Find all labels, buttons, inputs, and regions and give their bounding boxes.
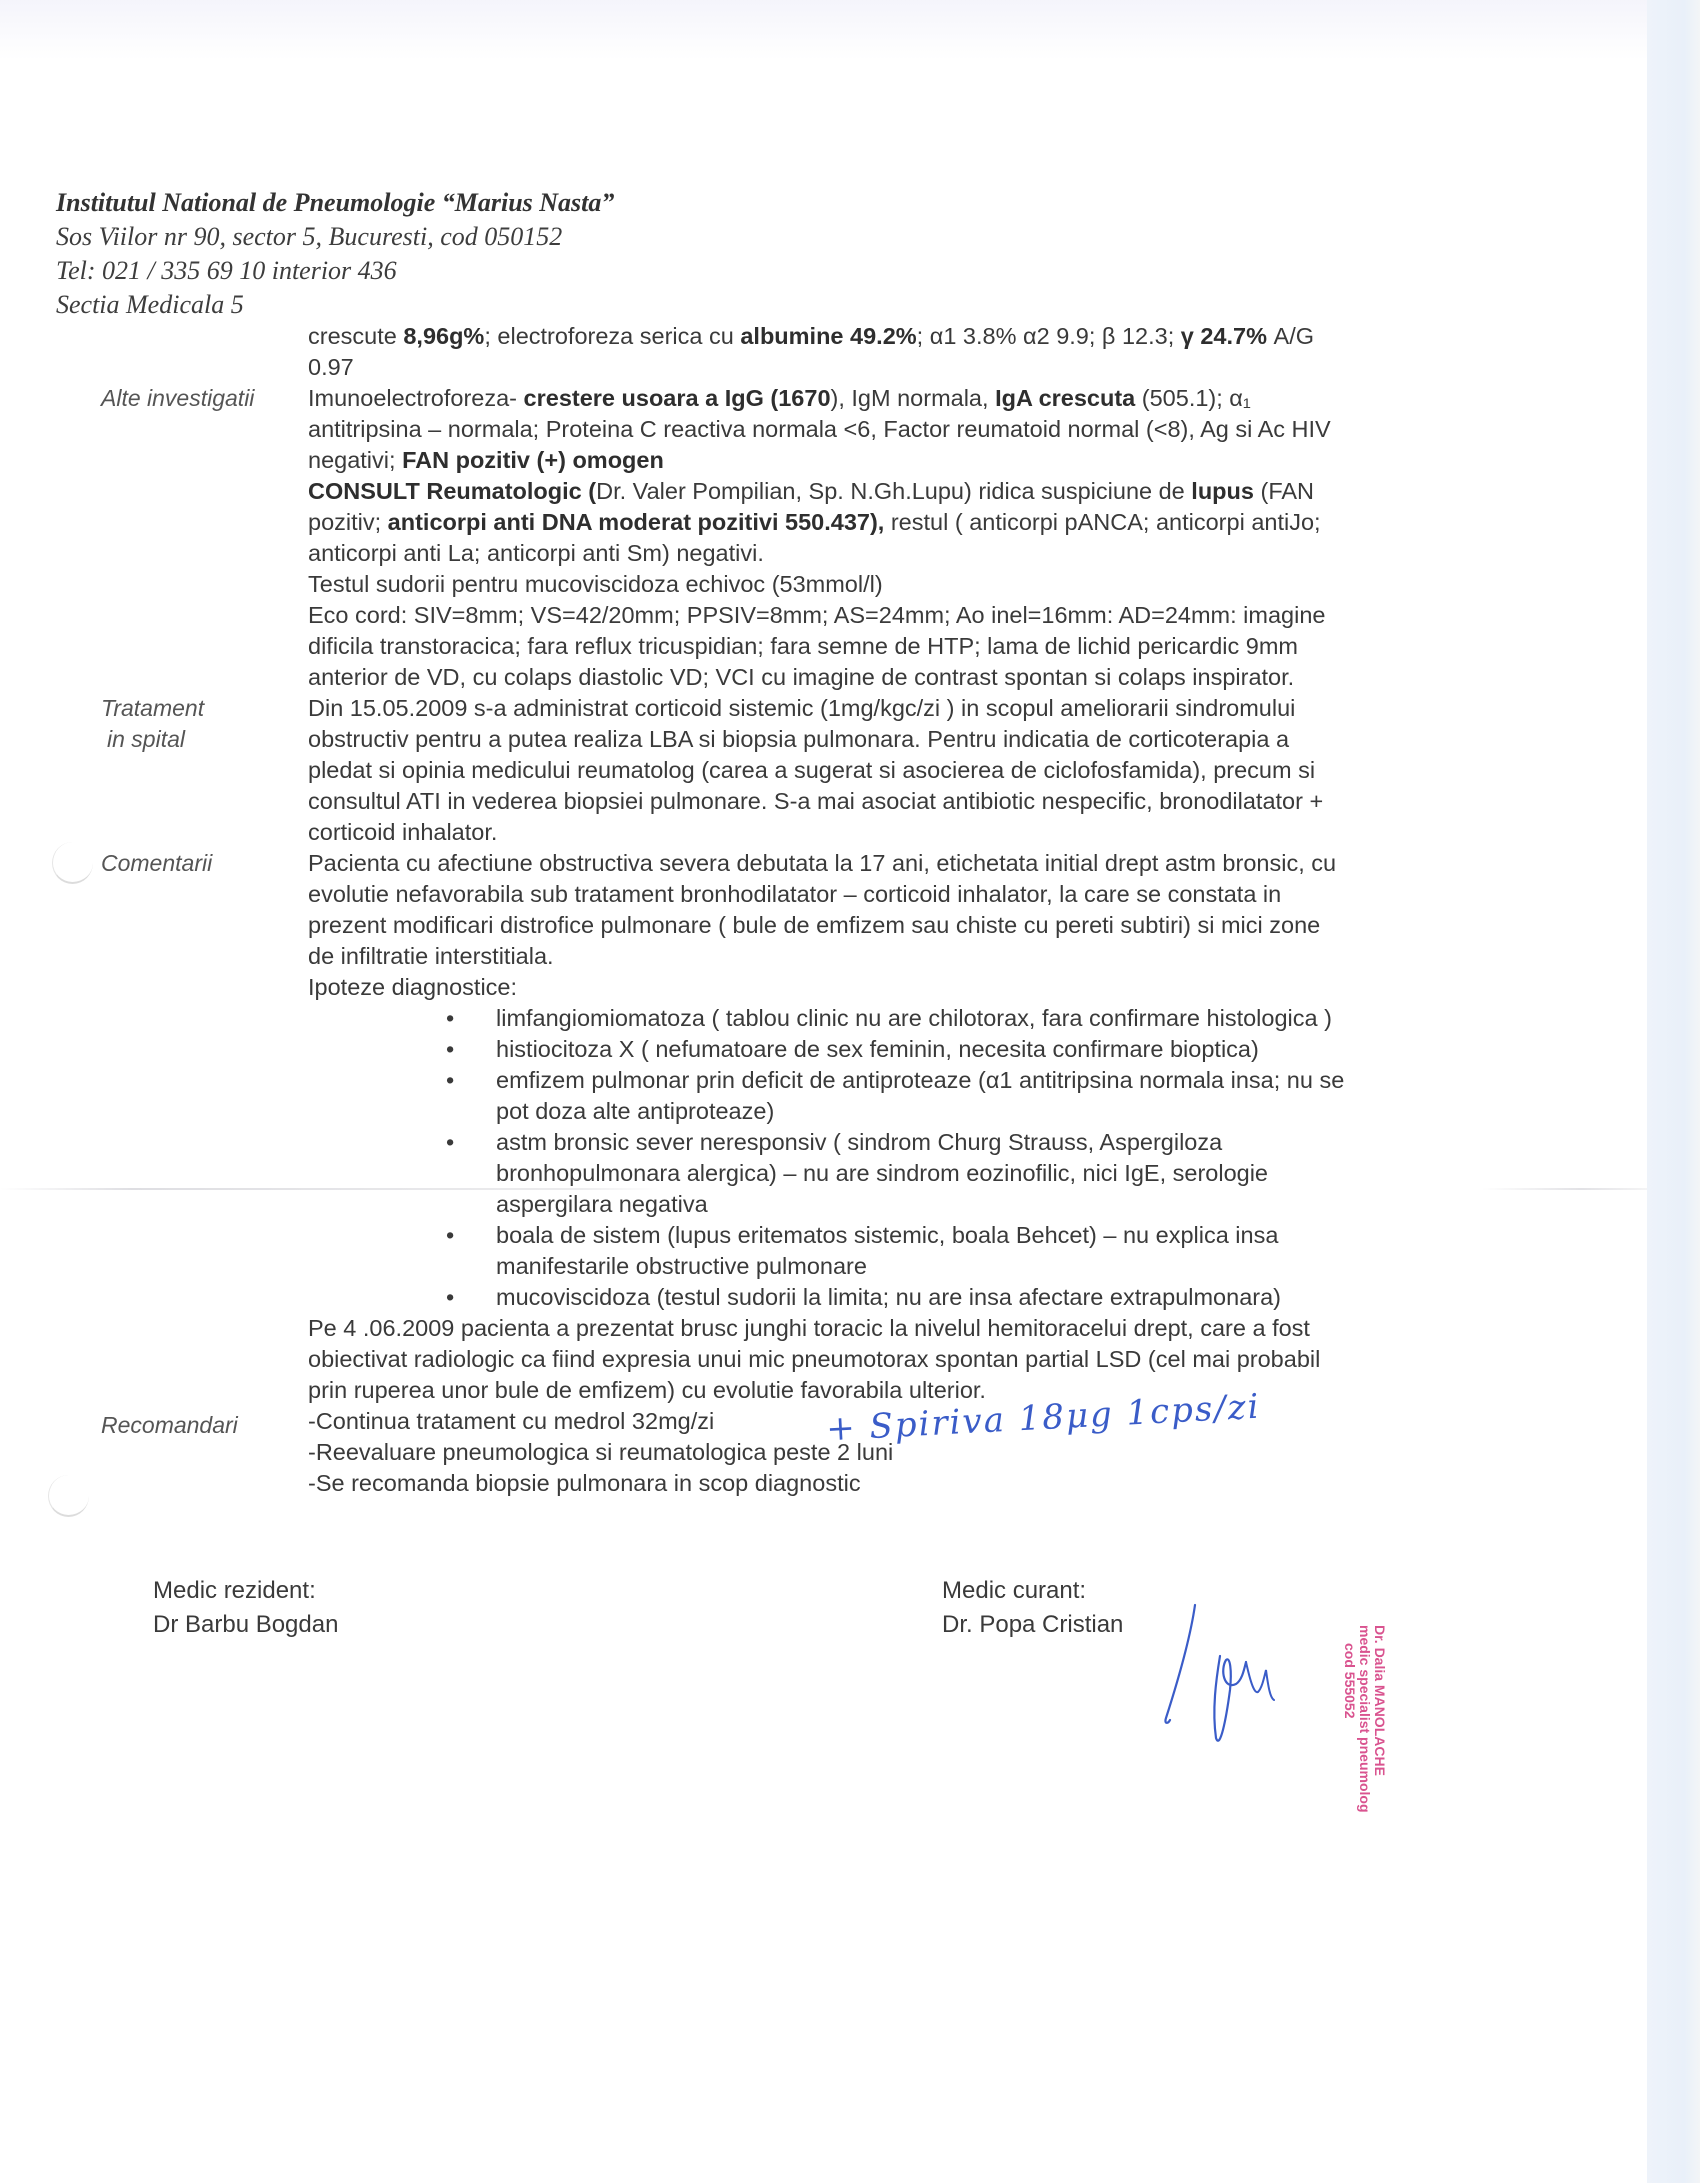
- text: pot doza alte antiproteaze): [496, 1096, 1508, 1127]
- scan-shadow-top: [0, 0, 1647, 60]
- doctor-stamp: Dr. Dalia MANOLACHE medic specialist pne…: [1342, 1625, 1387, 1813]
- lab-line: 0.97: [308, 352, 1508, 383]
- hypothesis-item: limfangiomiomatoza ( tablou clinic nu ar…: [308, 1003, 1508, 1034]
- stamp-specialty: medic specialist pneumolog: [1357, 1625, 1372, 1813]
- text: negativi;: [308, 447, 402, 473]
- institution-phone: Tel: 021 / 335 69 10 interior 436: [56, 254, 614, 288]
- label-recomandari: Recomandari: [101, 1410, 238, 1441]
- institution-header: Institutul National de Pneumologie “Mari…: [56, 186, 614, 322]
- text: pozitiv;: [308, 509, 388, 535]
- punch-hole-mark: [48, 1475, 89, 1517]
- hypotheses-title: Ipoteze diagnostice:: [308, 972, 1508, 1003]
- stamp-code: cod 555052: [1342, 1625, 1357, 1813]
- report-body: crescute 8,96g%; electroforeza serica cu…: [308, 321, 1508, 1499]
- text: (505.1); α₁: [1135, 385, 1251, 411]
- iga-finding: IgA crescuta: [995, 385, 1135, 411]
- hypothesis-item: boala de sistem (lupus eritematos sistem…: [308, 1220, 1508, 1282]
- text: ; electroforeza serica cu: [484, 323, 740, 349]
- text: A/G: [1267, 323, 1314, 349]
- section-tratament: Din 15.05.2009 s-a administrat corticoid…: [308, 693, 1508, 848]
- text: astm bronsic sever neresponsiv ( sindrom…: [496, 1127, 1508, 1158]
- text: restul ( anticorpi pANCA; anticorpi anti…: [884, 509, 1320, 535]
- investigation-line: negativi; FAN pozitiv (+) omogen: [308, 445, 1508, 476]
- institution-name: Institutul National de Pneumologie “Mari…: [56, 186, 614, 220]
- attending-title: Medic curant:: [942, 1574, 1123, 1608]
- comment-line: de infiltratie interstitiala.: [308, 941, 1508, 972]
- punch-hole-mark: [52, 842, 93, 884]
- comment-line: Pe 4 .06.2009 pacienta a prezentat brusc…: [308, 1313, 1508, 1344]
- stamp-name: Dr. Dalia MANOLACHE: [1372, 1625, 1387, 1813]
- fan-finding: FAN pozitiv (+) omogen: [402, 447, 664, 473]
- text: manifestarile obstructive pulmonare: [496, 1251, 1508, 1282]
- comment-line: Pacienta cu afectiune obstructiva severa…: [308, 848, 1508, 879]
- label-tratament-line2: in spital: [101, 724, 204, 755]
- text: Imunoelectroforeza-: [308, 385, 524, 411]
- treatment-line: consultul ATI in vederea biopsiei pulmon…: [308, 786, 1508, 817]
- treatment-line: Din 15.05.2009 s-a administrat corticoid…: [308, 693, 1508, 724]
- text: crescute: [308, 323, 403, 349]
- hypothesis-item: mucoviscidoza (testul sudorii la limita;…: [308, 1282, 1508, 1313]
- lupus-finding: lupus: [1191, 478, 1254, 504]
- lab-results-continuation: crescute 8,96g%; electroforeza serica cu…: [308, 321, 1508, 383]
- text: (FAN: [1254, 478, 1314, 504]
- investigation-line: Testul sudorii pentru mucoviscidoza echi…: [308, 569, 1508, 600]
- text: bronhopulmonara alergica) – nu are sindr…: [496, 1158, 1508, 1189]
- department-name: Sectia Medicala 5: [56, 288, 614, 322]
- handwritten-signature-icon: [1150, 1600, 1330, 1760]
- investigation-line: CONSULT Reumatologic (Dr. Valer Pompilia…: [308, 476, 1508, 507]
- section-alte-investigatii: Imunoelectroforeza- crestere usoara a Ig…: [308, 383, 1508, 693]
- comment-line: prezent modificari distrofice pulmonare …: [308, 910, 1508, 941]
- investigation-line: Imunoelectroforeza- crestere usoara a Ig…: [308, 383, 1508, 414]
- investigation-line: dificila transtoracica; fara reflux tric…: [308, 631, 1508, 662]
- text: histiocitoza X ( nefumatoare de sex femi…: [496, 1034, 1508, 1065]
- gamma-value: γ 24.7%: [1181, 323, 1267, 349]
- hypotheses-list: limfangiomiomatoza ( tablou clinic nu ar…: [308, 1003, 1508, 1313]
- consult-title: CONSULT Reumatologic (: [308, 478, 596, 504]
- text: ; α1 3.8% α2 9.9; β 12.3;: [917, 323, 1181, 349]
- institution-address: Sos Viilor nr 90, sector 5, Bucuresti, c…: [56, 220, 614, 254]
- hypothesis-item: astm bronsic sever neresponsiv ( sindrom…: [308, 1127, 1508, 1220]
- treatment-line: corticoid inhalator.: [308, 817, 1508, 848]
- label-tratament: Tratament in spital: [101, 693, 204, 755]
- text: emfizem pulmonar prin deficit de antipro…: [496, 1065, 1508, 1096]
- text: Dr. Valer Pompilian, Sp. N.Gh.Lupu) ridi…: [596, 478, 1191, 504]
- resident-signature-block: Medic rezident: Dr Barbu Bogdan: [153, 1574, 338, 1642]
- proteinemia-value: 8,96g%: [403, 323, 484, 349]
- label-comentarii: Comentarii: [101, 848, 212, 879]
- label-tratament-line1: Tratament: [101, 693, 204, 724]
- recommendation-item: -Se recomanda biopsie pulmonara in scop …: [308, 1468, 1508, 1499]
- treatment-line: pledat si opinia medicului reumatolog (c…: [308, 755, 1508, 786]
- comment-line: prin ruperea unor bule de emfizem) cu ev…: [308, 1375, 1508, 1406]
- label-alte-investigatii: Alte investigatii: [101, 383, 254, 414]
- comment-line: obiectivat radiologic ca fiind expresia …: [308, 1344, 1508, 1375]
- investigation-line: anticorpi anti La; anticorpi anti Sm) ne…: [308, 538, 1508, 569]
- treatment-line: obstructiv pentru a putea realiza LBA si…: [308, 724, 1508, 755]
- hypothesis-item: emfizem pulmonar prin deficit de antipro…: [308, 1065, 1508, 1127]
- resident-title: Medic rezident:: [153, 1574, 338, 1608]
- text: mucoviscidoza (testul sudorii la limita;…: [496, 1282, 1508, 1313]
- anti-dna-finding: anticorpi anti DNA moderat pozitivi 550.…: [388, 509, 885, 535]
- lab-line: crescute 8,96g%; electroforeza serica cu…: [308, 321, 1508, 352]
- investigation-line: anterior de VD, cu colaps diastolic VD; …: [308, 662, 1508, 693]
- investigation-line: pozitiv; anticorpi anti DNA moderat pozi…: [308, 507, 1508, 538]
- comment-line: evolutie nefavorabila sub tratament bron…: [308, 879, 1508, 910]
- igg-finding: crestere usoara a IgG (1670: [524, 385, 831, 411]
- resident-name: Dr Barbu Bogdan: [153, 1608, 338, 1642]
- investigation-line: Eco cord: SIV=8mm; VS=42/20mm; PPSIV=8mm…: [308, 600, 1508, 631]
- text: ), IgM normala,: [831, 385, 996, 411]
- scan-edge-right: [1647, 0, 1700, 2183]
- text: limfangiomiomatoza ( tablou clinic nu ar…: [496, 1003, 1508, 1034]
- section-comentarii: Pacienta cu afectiune obstructiva severa…: [308, 848, 1508, 1406]
- investigation-line: antitripsina – normala; Proteina C react…: [308, 414, 1508, 445]
- attending-signature-block: Medic curant: Dr. Popa Cristian: [942, 1574, 1123, 1642]
- hypothesis-item: histiocitoza X ( nefumatoare de sex femi…: [308, 1034, 1508, 1065]
- text: boala de sistem (lupus eritematos sistem…: [496, 1220, 1508, 1251]
- text: aspergilara negativa: [496, 1189, 1508, 1220]
- albumin-value: albumine 49.2%: [740, 323, 916, 349]
- attending-name: Dr. Popa Cristian: [942, 1608, 1123, 1642]
